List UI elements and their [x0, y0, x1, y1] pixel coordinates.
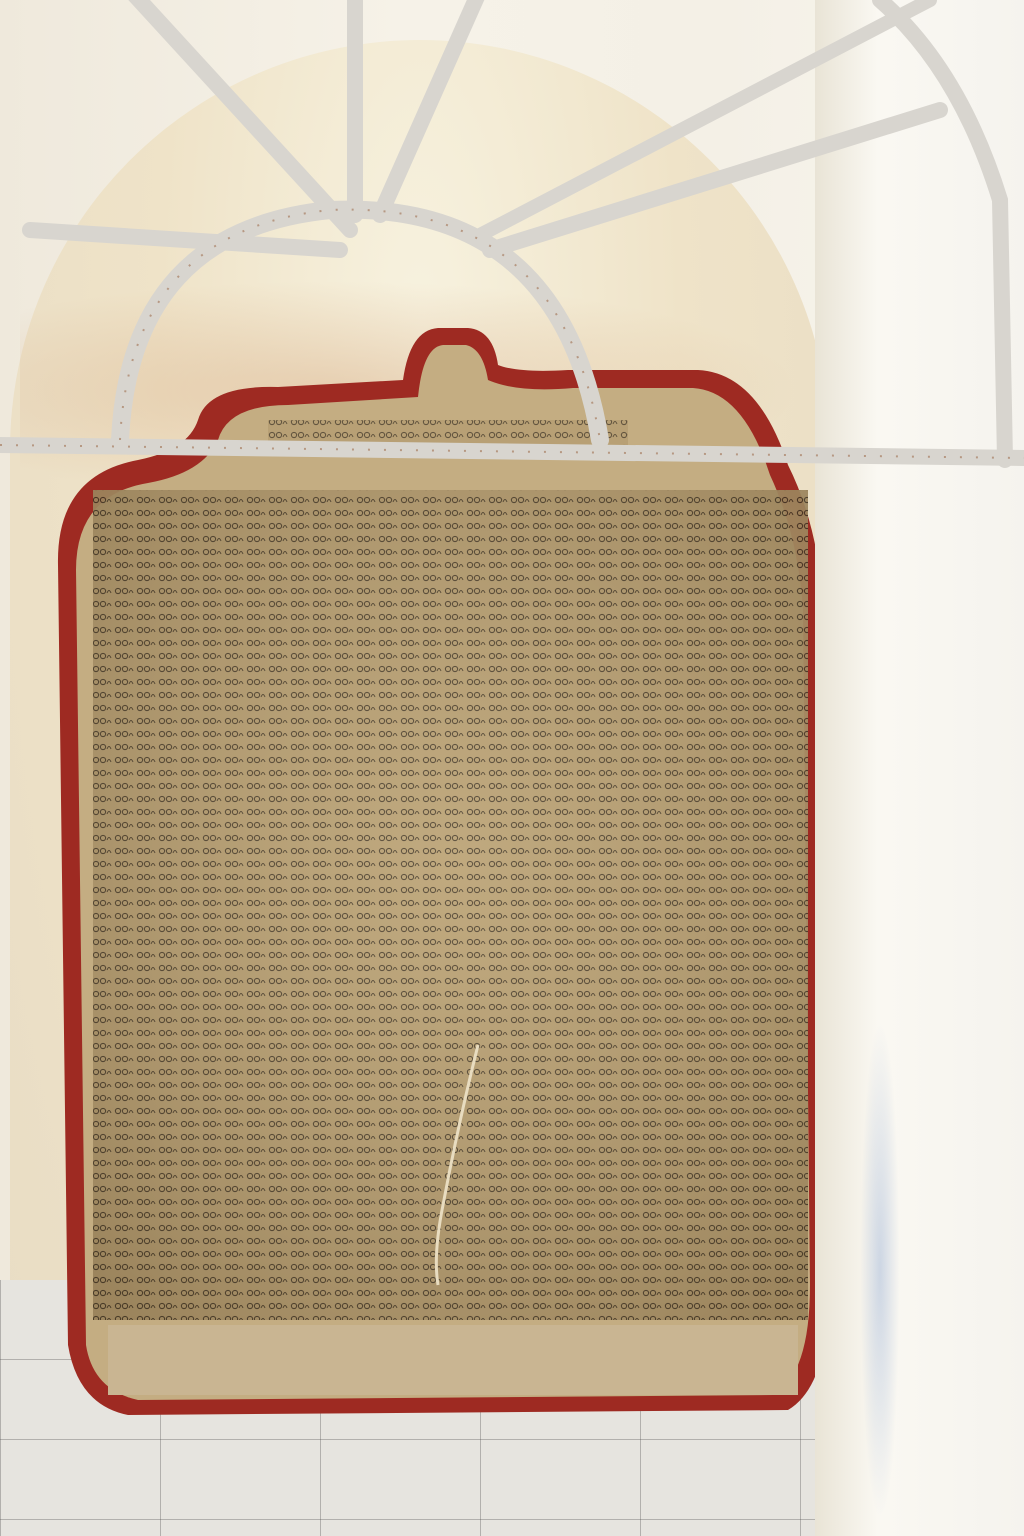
blue-paint-mark	[860, 1020, 900, 1520]
inscribed-stone-slab	[48, 325, 838, 1415]
white-pillar	[815, 0, 1024, 1536]
photo-scene	[0, 0, 1024, 1536]
